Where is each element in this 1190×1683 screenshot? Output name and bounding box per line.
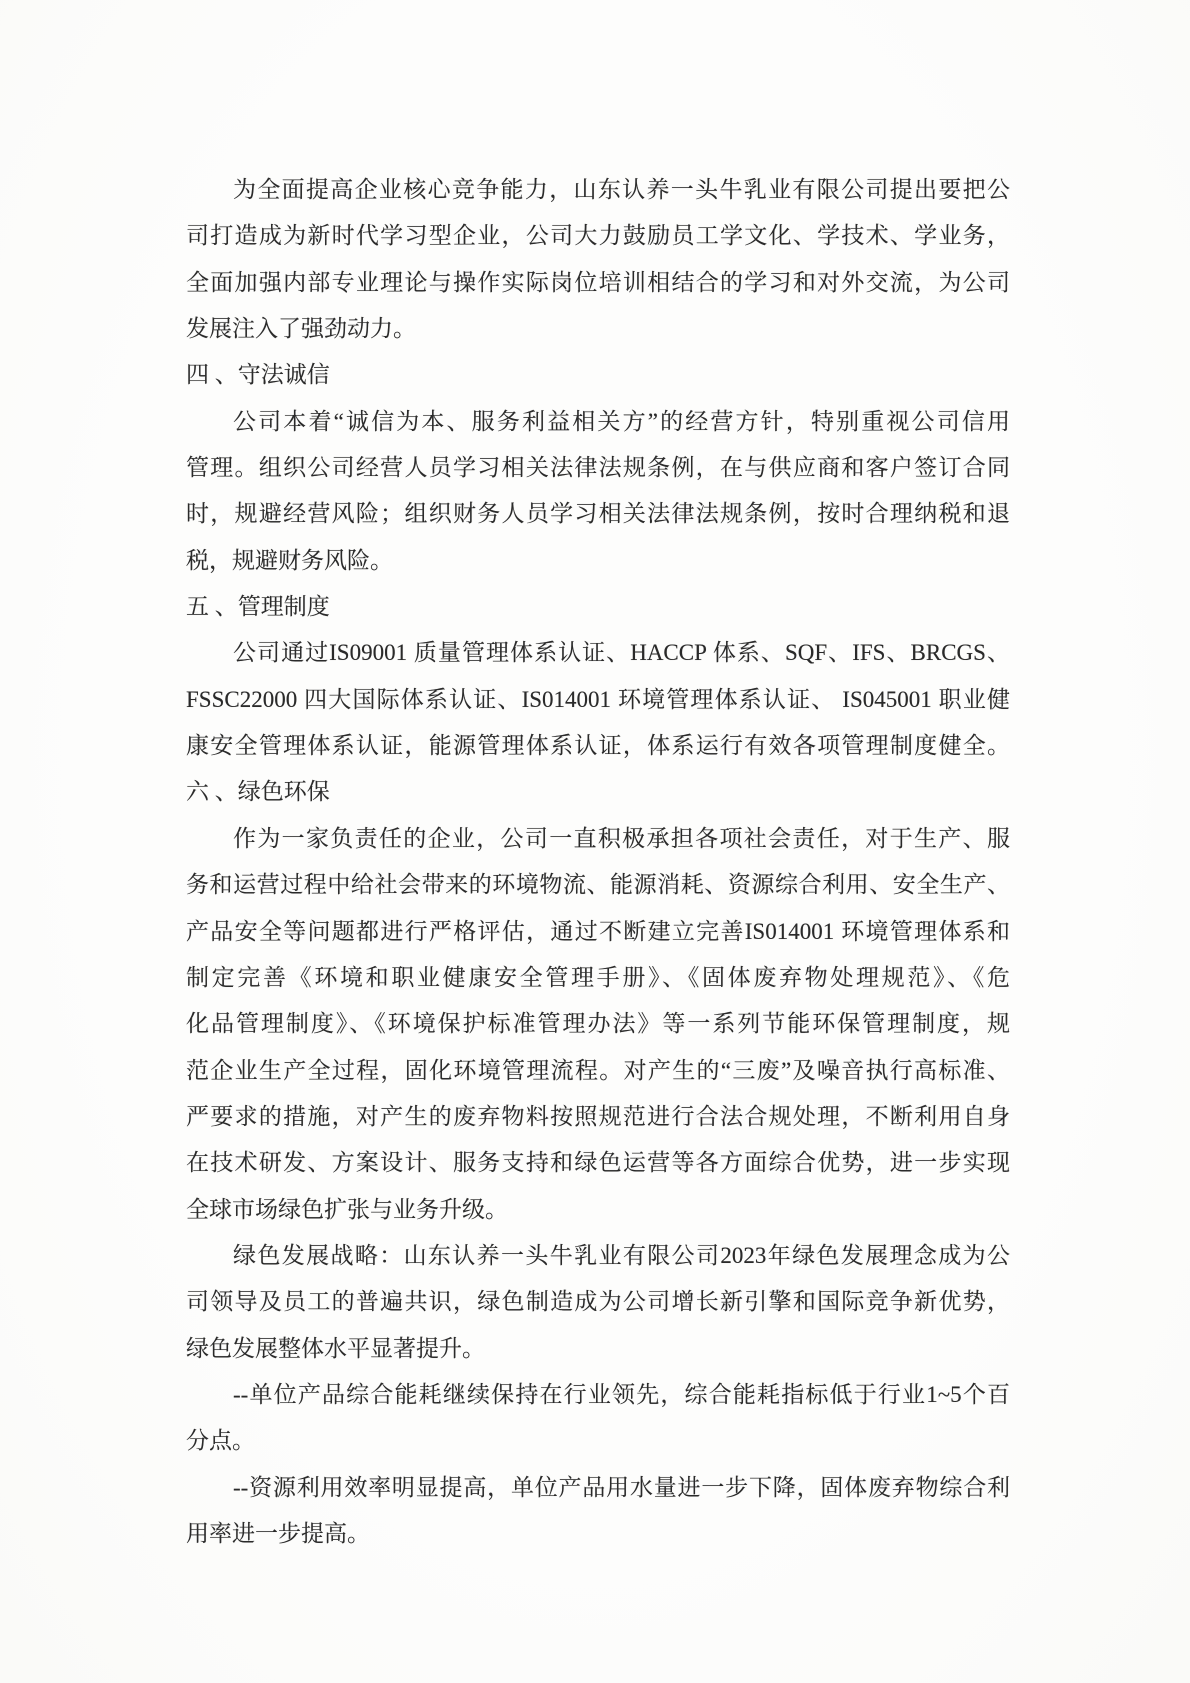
document-line: 作为一家负责任的企业，公司一直积极承担各项社会责任，对于生产、服 bbox=[186, 816, 1010, 862]
document-line: 管理。组织公司经营人员学习相关法律法规条例，在与供应商和客户签订合同 bbox=[186, 445, 1010, 491]
document-line: 制定完善《环境和职业健康安全管理手册》、《固体废弃物处理规范》、《危 bbox=[186, 955, 1010, 1001]
document-line: FSSC22000 四大国际体系认证、IS014001 环境管理体系认证、 IS… bbox=[186, 677, 1010, 723]
document-line: 在技术研发、方案设计、服务支持和绿色运营等各方面综合优势，进一步实现 bbox=[186, 1140, 1010, 1186]
document-line: 范企业生产全过程，固化环境管理流程。对产生的“三废”及噪音执行高标准、 bbox=[186, 1048, 1010, 1094]
document-line: 务和运营过程中给社会带来的环境物流、能源消耗、资源综合利用、安全生产、 bbox=[186, 862, 1010, 908]
document-line: 时，规避经营风险；组织财务人员学习相关法律法规条例，按时合理纳税和退 bbox=[186, 491, 1010, 537]
document-line: 司打造成为新时代学习型企业，公司大力鼓励员工学文化、学技术、学业务， bbox=[186, 213, 1010, 259]
section-heading: 五 、管理制度 bbox=[186, 584, 1010, 630]
document-body: 为全面提高企业核心竞争能力，山东认养一头牛乳业有限公司提出要把公司打造成为新时代… bbox=[186, 167, 1010, 1557]
document-line: 税，规避财务风险。 bbox=[186, 538, 1010, 584]
document-page: 为全面提高企业核心竞争能力，山东认养一头牛乳业有限公司提出要把公司打造成为新时代… bbox=[0, 0, 1190, 1683]
document-line: 用率进一步提高。 bbox=[186, 1511, 1010, 1557]
document-line: --资源利用效率明显提高，单位产品用水量进一步下降，固体废弃物综合利 bbox=[186, 1465, 1010, 1511]
document-line: 严要求的措施，对产生的废弃物料按照规范进行合法合规处理，不断利用自身 bbox=[186, 1094, 1010, 1140]
document-line: 分点。 bbox=[186, 1418, 1010, 1464]
document-line: 绿色发展整体水平显著提升。 bbox=[186, 1326, 1010, 1372]
section-heading: 四 、守法诚信 bbox=[186, 352, 1010, 398]
document-line: 公司本着“诚信为本、服务利益相关方”的经营方针，特别重视公司信用 bbox=[186, 399, 1010, 445]
document-line: 全球市场绿色扩张与业务升级。 bbox=[186, 1187, 1010, 1233]
document-line: 绿色发展战略：山东认养一头牛乳业有限公司2023年绿色发展理念成为公 bbox=[186, 1233, 1010, 1279]
document-line: 发展注入了强劲动力。 bbox=[186, 306, 1010, 352]
document-line: 产品安全等问题都进行严格评估，通过不断建立完善IS014001 环境管理体系和 bbox=[186, 909, 1010, 955]
document-line: --单位产品综合能耗继续保持在行业领先，综合能耗指标低于行业1~5个百 bbox=[186, 1372, 1010, 1418]
document-line: 公司通过IS09001 质量管理体系认证、HACCP 体系、SQF、IFS、BR… bbox=[186, 630, 1010, 676]
document-line: 全面加强内部专业理论与操作实际岗位培训相结合的学习和对外交流，为公司 bbox=[186, 260, 1010, 306]
document-line: 为全面提高企业核心竞争能力，山东认养一头牛乳业有限公司提出要把公 bbox=[186, 167, 1010, 213]
document-line: 司领导及员工的普遍共识，绿色制造成为公司增长新引擎和国际竞争新优势， bbox=[186, 1279, 1010, 1325]
document-line: 康安全管理体系认证，能源管理体系认证，体系运行有效各项管理制度健全。 bbox=[186, 723, 1010, 769]
document-line: 化品管理制度》、《环境保护标准管理办法》等一系列节能环保管理制度，规 bbox=[186, 1001, 1010, 1047]
section-heading: 六 、绿色环保 bbox=[186, 769, 1010, 815]
